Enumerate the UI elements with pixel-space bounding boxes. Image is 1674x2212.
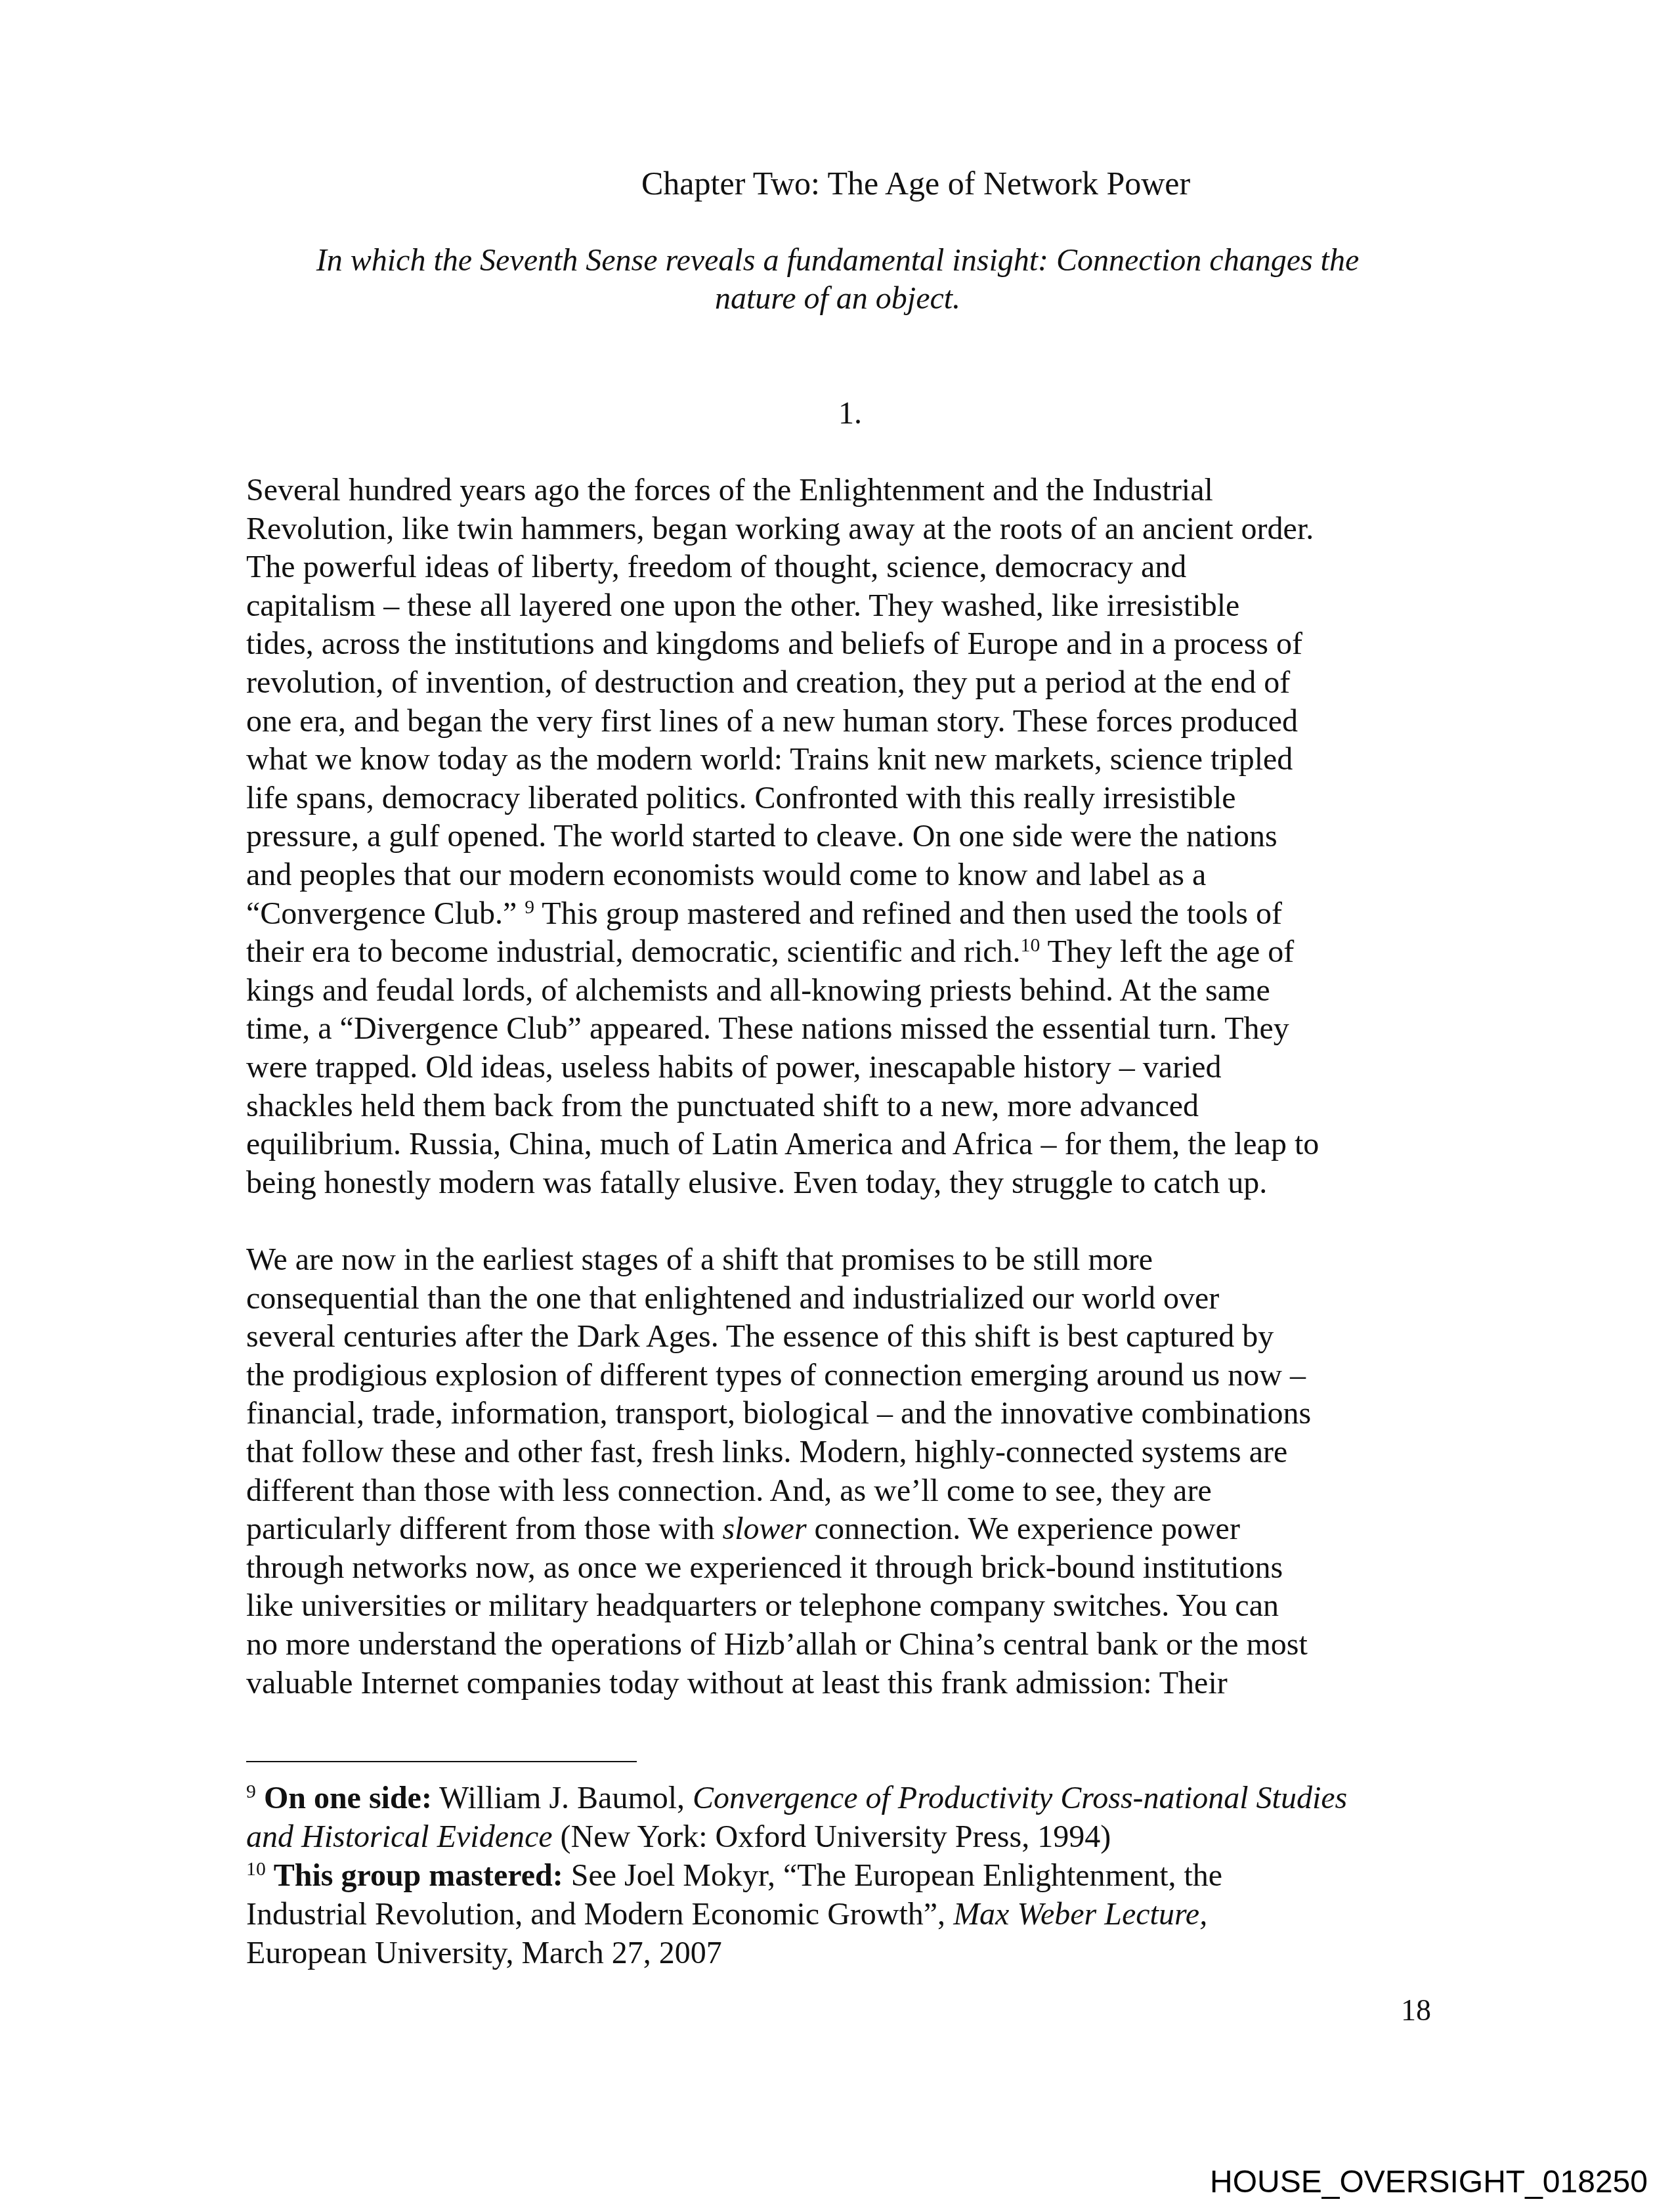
text-line: what we know today as the modern world: … <box>246 741 1428 779</box>
bates-number: HOUSE_OVERSIGHT_018250 <box>1116 2164 1648 2201</box>
emphasis-slower: slower <box>723 1511 807 1546</box>
text-line: Several hundred years ago the forces of … <box>246 471 1428 510</box>
section-number: 1. <box>784 395 916 433</box>
text-line: consequential than the one that enlighte… <box>246 1280 1428 1318</box>
text-line: several centuries after the Dark Ages. T… <box>246 1318 1428 1356</box>
footnote-10-line-3: European University, March 27, 2007 <box>246 1934 1461 1972</box>
text-segment: This group mastered and refined and then… <box>534 896 1282 931</box>
text-line: capitalism – these all layered one upon … <box>246 587 1428 626</box>
text-line: were trapped. Old ideas, useless habits … <box>246 1049 1428 1087</box>
text-line: the prodigious explosion of different ty… <box>246 1356 1428 1395</box>
footnote-label: On one side: <box>264 1781 432 1815</box>
text-line: like universities or military headquarte… <box>246 1587 1428 1626</box>
footnote-10-line-1: 10 This group mastered: See Joel Mokyr, … <box>246 1856 1461 1895</box>
text-line: and peoples that our modern economists w… <box>246 856 1428 895</box>
footnote-ref-9[interactable]: 9 <box>525 896 534 917</box>
text-line: financial, trade, information, transport… <box>246 1395 1428 1433</box>
text-line: time, a “Divergence Club” appeared. Thes… <box>246 1010 1428 1049</box>
text-line: kings and feudal lords, of alchemists an… <box>246 972 1428 1010</box>
text-segment: They left the age of <box>1040 934 1294 969</box>
text-line: The powerful ideas of liberty, freedom o… <box>246 548 1428 587</box>
text-line: different than those with less connectio… <box>246 1472 1428 1511</box>
footnote-label: This group mastered: <box>274 1858 563 1893</box>
text-line: one era, and began the very first lines … <box>246 703 1428 741</box>
text-line: particularly different from those with s… <box>246 1510 1428 1549</box>
footnote-9-line-2: and Historical Evidence (New York: Oxfor… <box>246 1817 1461 1856</box>
footnote-number: 9 <box>246 1781 256 1802</box>
text-segment: “Convergence Club.” <box>246 896 525 931</box>
body-paragraph-1: Several hundred years ago the forces of … <box>246 471 1428 1202</box>
text-line: through networks now, as once we experie… <box>246 1549 1428 1588</box>
text-line: “Convergence Club.” 9 This group mastere… <box>246 895 1428 934</box>
footnote-number: 10 <box>246 1858 266 1880</box>
text-segment: their era to become industrial, democrat… <box>246 934 1021 969</box>
subtitle-line: In which the Seventh Sense reveals a fun… <box>247 242 1428 280</box>
text-segment: (New York: Oxford University Press, 1994… <box>553 1819 1111 1854</box>
citation-title: Convergence of Productivity Cross-nation… <box>693 1781 1347 1815</box>
text-segment: Industrial Revolution, and Modern Econom… <box>246 1897 953 1932</box>
text-line: no more understand the operations of Hiz… <box>246 1626 1428 1664</box>
text-line: pressure, a gulf opened. The world start… <box>246 817 1428 856</box>
footnote-ref-10[interactable]: 10 <box>1021 934 1041 956</box>
text-line: that follow these and other fast, fresh … <box>246 1433 1428 1472</box>
subtitle-line: nature of an object. <box>247 280 1428 318</box>
text-line: their era to become industrial, democrat… <box>246 933 1428 972</box>
text-line: life spans, democracy liberated politics… <box>246 779 1428 818</box>
text-segment: See Joel Mokyr, “The European Enlightenm… <box>563 1858 1222 1893</box>
text-line: tides, across the institutions and kingd… <box>246 625 1428 664</box>
text-line: revolution, of invention, of destruction… <box>246 664 1428 703</box>
citation-title: and Historical Evidence <box>246 1819 553 1854</box>
text-line: We are now in the earliest stages of a s… <box>246 1241 1428 1280</box>
body-paragraph-2: We are now in the earliest stages of a s… <box>246 1241 1428 1702</box>
page-number: 18 <box>1379 1991 1431 2029</box>
footnotes: 9 On one side: William J. Baumol, Conver… <box>246 1779 1461 1972</box>
text-segment: William J. Baumol, <box>432 1781 693 1815</box>
text-line: shackles held them back from the punctua… <box>246 1087 1428 1126</box>
chapter-title: Chapter Two: The Age of Network Power <box>641 164 1190 203</box>
text-segment: particularly different from those with <box>246 1511 723 1546</box>
chapter-subtitle: In which the Seventh Sense reveals a fun… <box>247 242 1428 317</box>
text-line: valuable Internet companies today withou… <box>246 1664 1428 1703</box>
footnote-separator <box>246 1761 637 1762</box>
footnote-9-line-1: 9 On one side: William J. Baumol, Conver… <box>246 1779 1461 1817</box>
footnote-10-line-2: Industrial Revolution, and Modern Econom… <box>246 1895 1461 1934</box>
text-segment: connection. We experience power <box>807 1511 1240 1546</box>
text-line: equilibrium. Russia, China, much of Lati… <box>246 1125 1428 1164</box>
citation-title: Max Weber Lecture, <box>953 1897 1207 1932</box>
text-line: Revolution, like twin hammers, began wor… <box>246 510 1428 549</box>
text-line: being honestly modern was fatally elusiv… <box>246 1164 1428 1203</box>
